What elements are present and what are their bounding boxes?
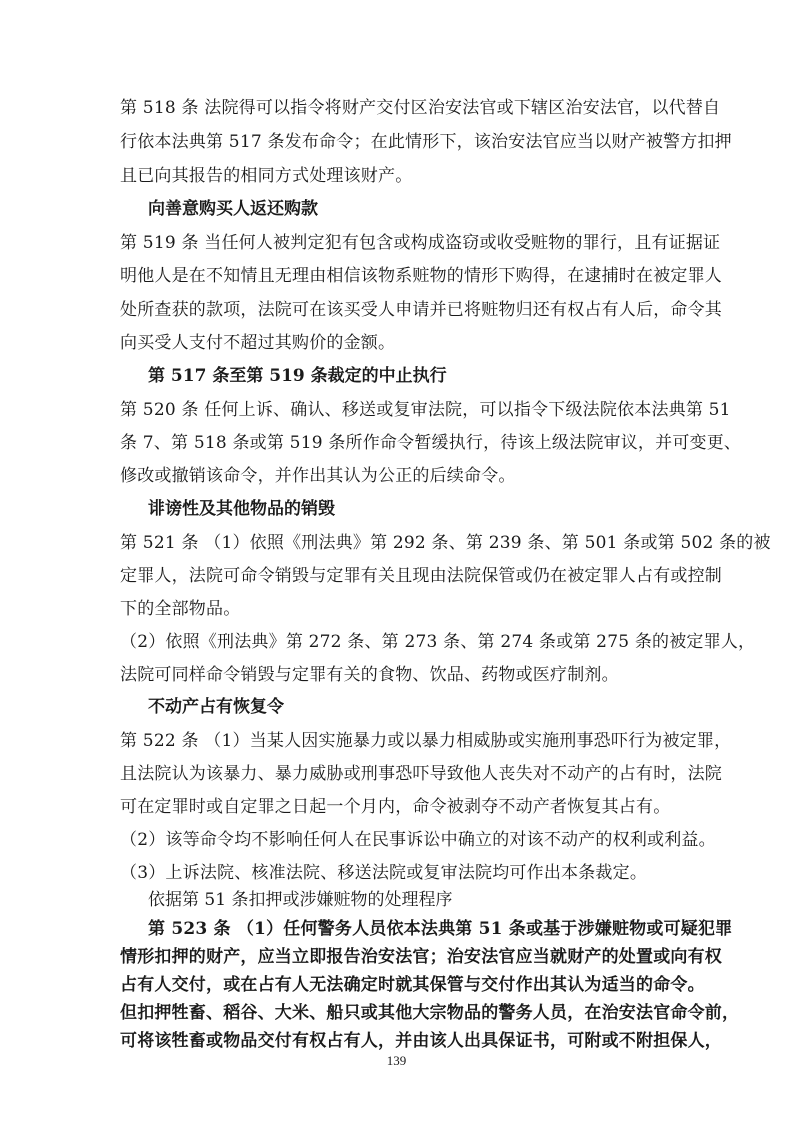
art522-line-2: 且法院认为该暴力、暴力威胁或刑事恐吓导致他人丧失对不动产的占有时，法院 bbox=[120, 763, 676, 785]
art518-line-1: 第 518 条 法院得可以指令将财产交付区治安法官或下辖区治安法官，以代替自 bbox=[120, 97, 676, 119]
art519-line-3: 处所查获的款项，法院可在该买受人申请并已将赃物归还有权占有人后，命令其 bbox=[120, 299, 676, 321]
art518-line-2: 行依本法典第 517 条发布命令；在此情形下，该治安法官应当以财产被警方扣押 bbox=[120, 131, 676, 153]
heading-destruction-of-items: 诽谤性及其他物品的销毁 bbox=[148, 498, 335, 520]
art519-line-2: 明他人是在不知情且无理由相信该物系赃物的情形下购得，在逮捕时在被定罪人 bbox=[120, 265, 676, 287]
art522-line-5: （3）上诉法院、核准法院、移送法院或复审法院均可作出本条裁定。 bbox=[120, 862, 676, 884]
art521-line-5: 法院可同样命令销毁与定罪有关的食物、饮品、药物或医疗制剂。 bbox=[120, 664, 676, 686]
art519-line-4: 向买受人支付不超过其购价的金额。 bbox=[120, 332, 676, 354]
art521-line-3: 下的全部物品。 bbox=[120, 598, 676, 620]
art520-line-3: 修改或撤销该命令，并作出其认为公正的后续命令。 bbox=[120, 465, 676, 487]
art521-line-4: （2）依照《刑法典》第 272 条、第 273 条、第 274 条或第 275 … bbox=[120, 631, 676, 653]
heading-restoration-of-possession: 不动产占有恢复令 bbox=[148, 696, 284, 718]
art522-line-3: 可在定罪时或自定罪之日起一个月内，命令被剥夺不动产者恢复其占有。 bbox=[120, 796, 676, 818]
art518-line-3: 且已向其报告的相同方式处理该财产。 bbox=[120, 165, 676, 187]
art522-line-1: 第 522 条 （1）当某人因实施暴力或以暴力相威胁或实施刑事恐吓行为被定罪， bbox=[120, 730, 676, 752]
art520-line-2: 条 7、第 518 条或第 519 条所作命令暂缓执行，待该上级法院审议，并可变… bbox=[120, 432, 676, 454]
art521-line-2: 定罪人，法院可命令销毁与定罪有关且现由法院保管或仍在被定罪人占有或控制 bbox=[120, 565, 676, 587]
art523-line-5: 可将该牲畜或物品交付有权占有人，并由该人出具保证书，可附或不附担保人， bbox=[120, 1030, 676, 1052]
heading-seized-property-procedure: 依据第 51 条扣押或涉嫌赃物的处理程序 bbox=[148, 889, 452, 911]
art519-line-1: 第 519 条 当任何人被判定犯有包含或构成盗窃或收受赃物的罪行，且有证据证 bbox=[120, 232, 676, 254]
art523-line-3: 占有人交付，或在占有人无法确定时就其保管与交付作出其认为适当的命令。 bbox=[120, 974, 676, 996]
art523-line-4: 但扣押牲畜、稻谷、大米、船只或其他大宗物品的警务人员，在治安法官命令前， bbox=[120, 1002, 676, 1024]
art523-line-1: 第 523 条 （1）任何警务人员依本法典第 51 条或基于涉嫌赃物或可疑犯罪 bbox=[148, 918, 676, 940]
heading-refund-to-bona-fide-purchaser: 向善意购买人返还购款 bbox=[148, 198, 318, 220]
art521-line-1: 第 521 条 （1）依照《刑法典》第 292 条、第 239 条、第 501 … bbox=[120, 532, 676, 554]
art522-line-4: （2）该等命令均不影响任何人在民事诉讼中确立的对该不动产的权利或利益。 bbox=[120, 829, 676, 851]
heading-stay-of-orders: 第 517 条至第 519 条裁定的中止执行 bbox=[148, 365, 447, 387]
document-page: 第 518 条 法院得可以指令将财产交付区治安法官或下辖区治安法官，以代替自 行… bbox=[0, 0, 793, 1122]
page-number: 139 bbox=[0, 1053, 793, 1069]
art523-line-2: 情形扣押的财产，应当立即报告治安法官；治安法官应当就财产的处置或向有权 bbox=[120, 946, 676, 968]
art520-line-1: 第 520 条 任何上诉、确认、移送或复审法院，可以指令下级法院依本法典第 51 bbox=[120, 399, 676, 421]
